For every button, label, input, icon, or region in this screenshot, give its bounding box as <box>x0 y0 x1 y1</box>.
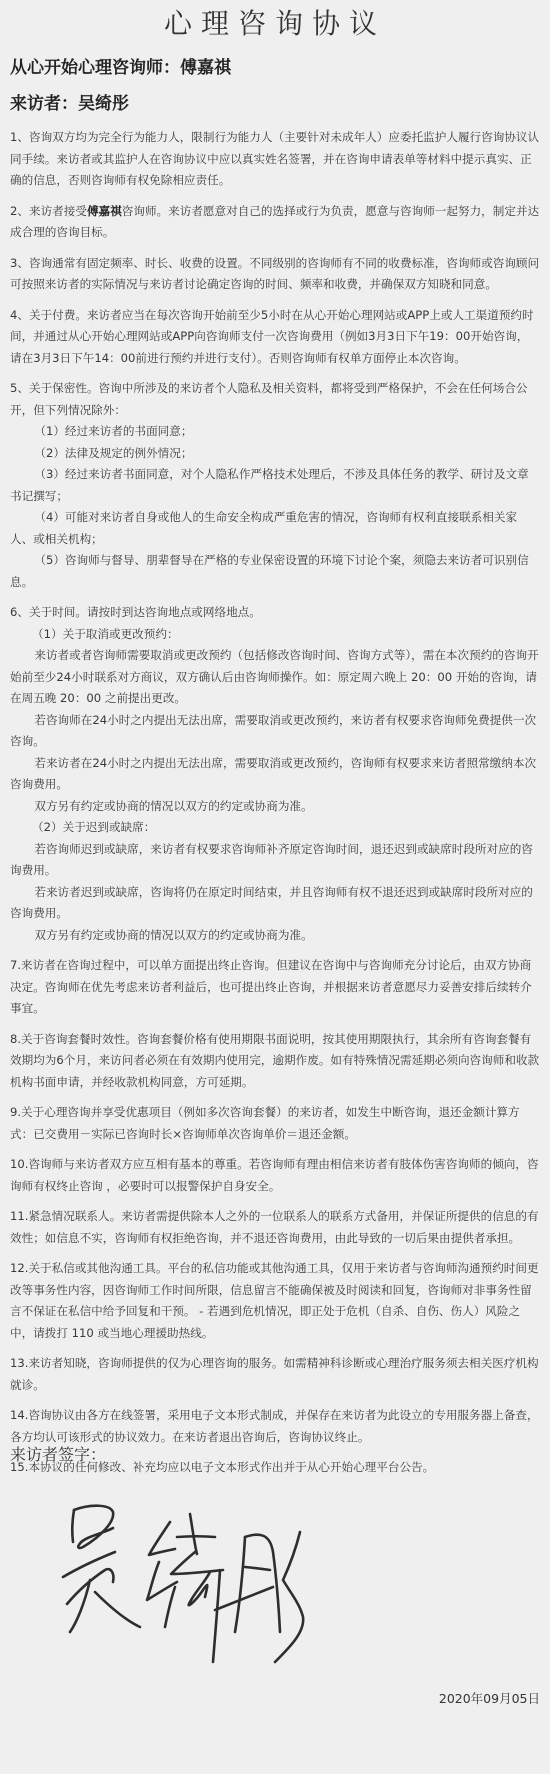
subsection-heading-cancel: （1）关于取消或更改预约： <box>10 624 540 646</box>
signature-date: 2020年09月05日 <box>439 1689 540 1707</box>
clause-11: 11.紧急情况联系人。来访者需提供除本人之外的一位联系人的联系方式备用，并保证所… <box>10 1206 540 1249</box>
clause-text: 3、咨询通常有固定频率、时长、收费的设置。不同级别的咨询师有不同的收费标准，咨询… <box>10 253 540 296</box>
clause-4: 4、关于付费。来访者应当在每次咨询开始前至少5小时在从心开始心理网站或APP上或… <box>10 305 540 370</box>
clause-text: 1、咨询双方均为完全行为能力人，限制行为能力人（主要针对未成年人）应委托监护人履… <box>10 127 540 192</box>
subsection-paragraph: 若咨询师在24小时之内提出无法出席，需要取消或更改预约，来访者有权要求咨询师免费… <box>10 710 540 753</box>
subsection-paragraph: 双方另有约定或协商的情况以双方的约定或协商为准。 <box>10 796 540 818</box>
subsection-paragraph: 若来访者在24小时之内提出无法出席，需要取消或更改预约，咨询师有权要求来访者照常… <box>10 753 540 796</box>
clause-text: 12.关于私信或其他沟通工具。平台的私信功能或其他沟通工具，仅用于来访者与咨询师… <box>10 1258 540 1344</box>
exception-item: （1）经过来访者的书面同意； <box>10 421 540 443</box>
clause-8: 8.关于咨询套餐时效性。咨询套餐价格有使用期限书面说明，按其使用期限执行，其余所… <box>10 1029 540 1094</box>
clause-5-confidentiality: 5、关于保密性。咨询中所涉及的来访者个人隐私及相关资料，都将受到严格保护，不会在… <box>10 378 540 593</box>
clause-2: 2、来访者接受傅嘉祺咨询师。来访者愿意对自己的选择或行为负责，愿意与咨询师一起努… <box>10 201 540 244</box>
subsection-paragraph: 若咨询师迟到或缺席，来访者有权要求咨询师补齐原定咨询时间，退还迟到或缺席时段所对… <box>10 839 540 882</box>
subsection-paragraph: 双方另有约定或协商的情况以双方的约定或协商为准。 <box>10 925 540 947</box>
clause-12: 12.关于私信或其他沟通工具。平台的私信功能或其他沟通工具，仅用于来访者与咨询师… <box>10 1258 540 1344</box>
clause-intro: 6、关于时间。请按时到达咨询地点或网络地点。 <box>10 602 540 624</box>
document-title: 心理咨询协议 <box>10 0 540 44</box>
clause-intro: 5、关于保密性。咨询中所涉及的来访者个人隐私及相关资料，都将受到严格保护，不会在… <box>10 378 540 421</box>
subsection-heading-late: （2）关于迟到或缺席： <box>10 817 540 839</box>
clause-text: 11.紧急情况联系人。来访者需提供除本人之外的一位联系人的联系方式备用，并保证所… <box>10 1206 540 1249</box>
clause-text: 8.关于咨询套餐时效性。咨询套餐价格有使用期限书面说明，按其使用期限执行，其余所… <box>10 1029 540 1094</box>
counselor-name-highlight: 傅嘉祺 <box>87 204 122 218</box>
clause-text: 13.来访者知晓，咨询师提供的仅为心理咨询的服务。如需精神科诊断或心理治疗服务须… <box>10 1353 540 1396</box>
clause-3: 3、咨询通常有固定频率、时长、收费的设置。不同级别的咨询师有不同的收费标准，咨询… <box>10 253 540 296</box>
clause-text: 9.关于心理咨询并享受优惠项目（例如多次咨询套餐）的来访者，如发生中断咨询，退还… <box>10 1102 540 1145</box>
clause-list: 1、咨询双方均为完全行为能力人，限制行为能力人（主要针对未成年人）应委托监护人履… <box>10 127 540 1479</box>
clause-text: 10.咨询师与来访者双方应互相有基本的尊重。若咨询师有理由相信来访者有肢体伤害咨… <box>10 1154 540 1197</box>
clause-text: 2、来访者接受傅嘉祺咨询师。来访者愿意对自己的选择或行为负责，愿意与咨询师一起努… <box>10 201 540 244</box>
handwritten-signature <box>55 1492 305 1667</box>
clause-6-time: 6、关于时间。请按时到达咨询地点或网络地点。 （1）关于取消或更改预约： 来访者… <box>10 602 540 946</box>
visitor-line: 来访者：吴绮彤 <box>10 89 540 119</box>
counselor-line: 从心开始心理咨询师：傅嘉祺 <box>10 53 540 83</box>
clause-text: 4、关于付费。来访者应当在每次咨询开始前至少5小时在从心开始心理网站或APP上或… <box>10 305 540 370</box>
clause-7: 7.来访者在咨询过程中，可以单方面提出终止咨询。但建议在咨询中与咨询师充分讨论后… <box>10 955 540 1020</box>
exception-item: （3）经过来访者书面同意，对个人隐私作严格技术处理后，不涉及具体任务的教学、研讨… <box>10 464 540 507</box>
clause-text: 7.来访者在咨询过程中，可以单方面提出终止咨询。但建议在咨询中与咨询师充分讨论后… <box>10 955 540 1020</box>
clause-9: 9.关于心理咨询并享受优惠项目（例如多次咨询套餐）的来访者，如发生中断咨询，退还… <box>10 1102 540 1145</box>
exception-item: （2）法律及规定的例外情况； <box>10 443 540 465</box>
clause-10: 10.咨询师与来访者双方应互相有基本的尊重。若咨询师有理由相信来访者有肢体伤害咨… <box>10 1154 540 1197</box>
exception-item: （5）咨询师与督导、朋辈督导在严格的专业保密设置的环境下讨论个案，须隐去来访者可… <box>10 550 540 593</box>
signature-label: 来访者签字： <box>10 1442 106 1465</box>
exception-item: （4）可能对来访者自身或他人的生命安全构成严重危害的情况，咨询师有权利直接联系相… <box>10 507 540 550</box>
subsection-paragraph: 来访者或者咨询师需要取消或更改预约（包括修改咨询时间、咨询方式等），需在本次预约… <box>10 645 540 710</box>
clause-1: 1、咨询双方均为完全行为能力人，限制行为能力人（主要针对未成年人）应委托监护人履… <box>10 127 540 192</box>
clause-13: 13.来访者知晓，咨询师提供的仅为心理咨询的服务。如需精神科诊断或心理治疗服务须… <box>10 1353 540 1396</box>
clause-text-prefix: 2、来访者接受 <box>10 204 87 218</box>
agreement-page: 心理咨询协议 从心开始心理咨询师：傅嘉祺 来访者：吴绮彤 1、咨询双方均为完全行… <box>0 0 550 1774</box>
subsection-paragraph: 若来访者迟到或缺席，咨询将仍在原定时间结束，并且咨询师有权不退还迟到或缺席时段所… <box>10 882 540 925</box>
